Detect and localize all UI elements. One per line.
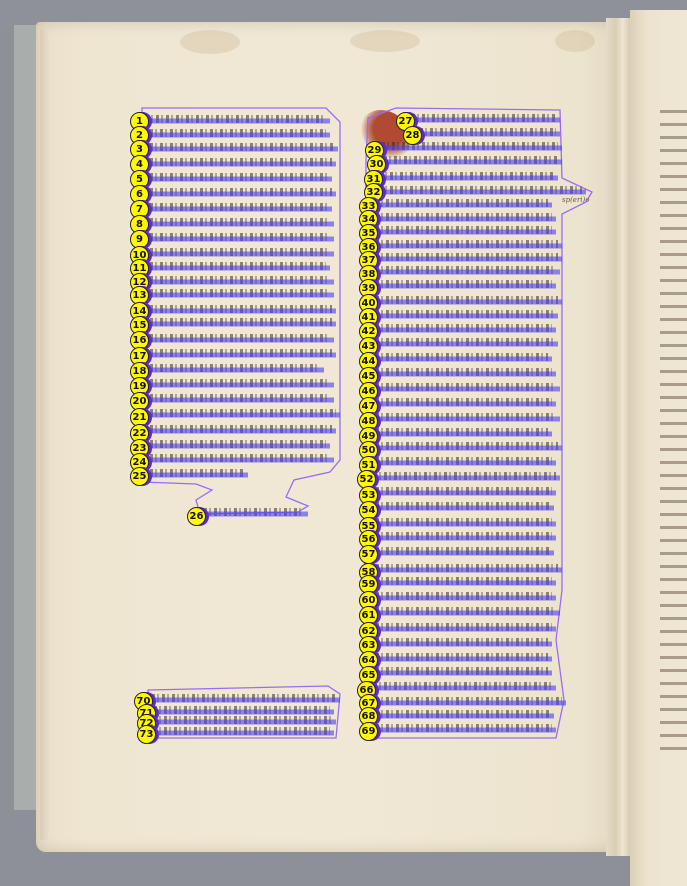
line-number-badge: 28 [403, 126, 422, 145]
line-number-badge: 57 [359, 545, 378, 564]
line-number-badge: 69 [359, 722, 378, 741]
line-number-badge: 26 [187, 507, 206, 526]
line-number-badge: 73 [137, 725, 156, 744]
annotation-overlay [0, 0, 687, 886]
line-number-badge: 25 [130, 467, 149, 486]
manuscript-scan: sp(eri)o 1234567891011121314151617181920… [0, 0, 687, 886]
